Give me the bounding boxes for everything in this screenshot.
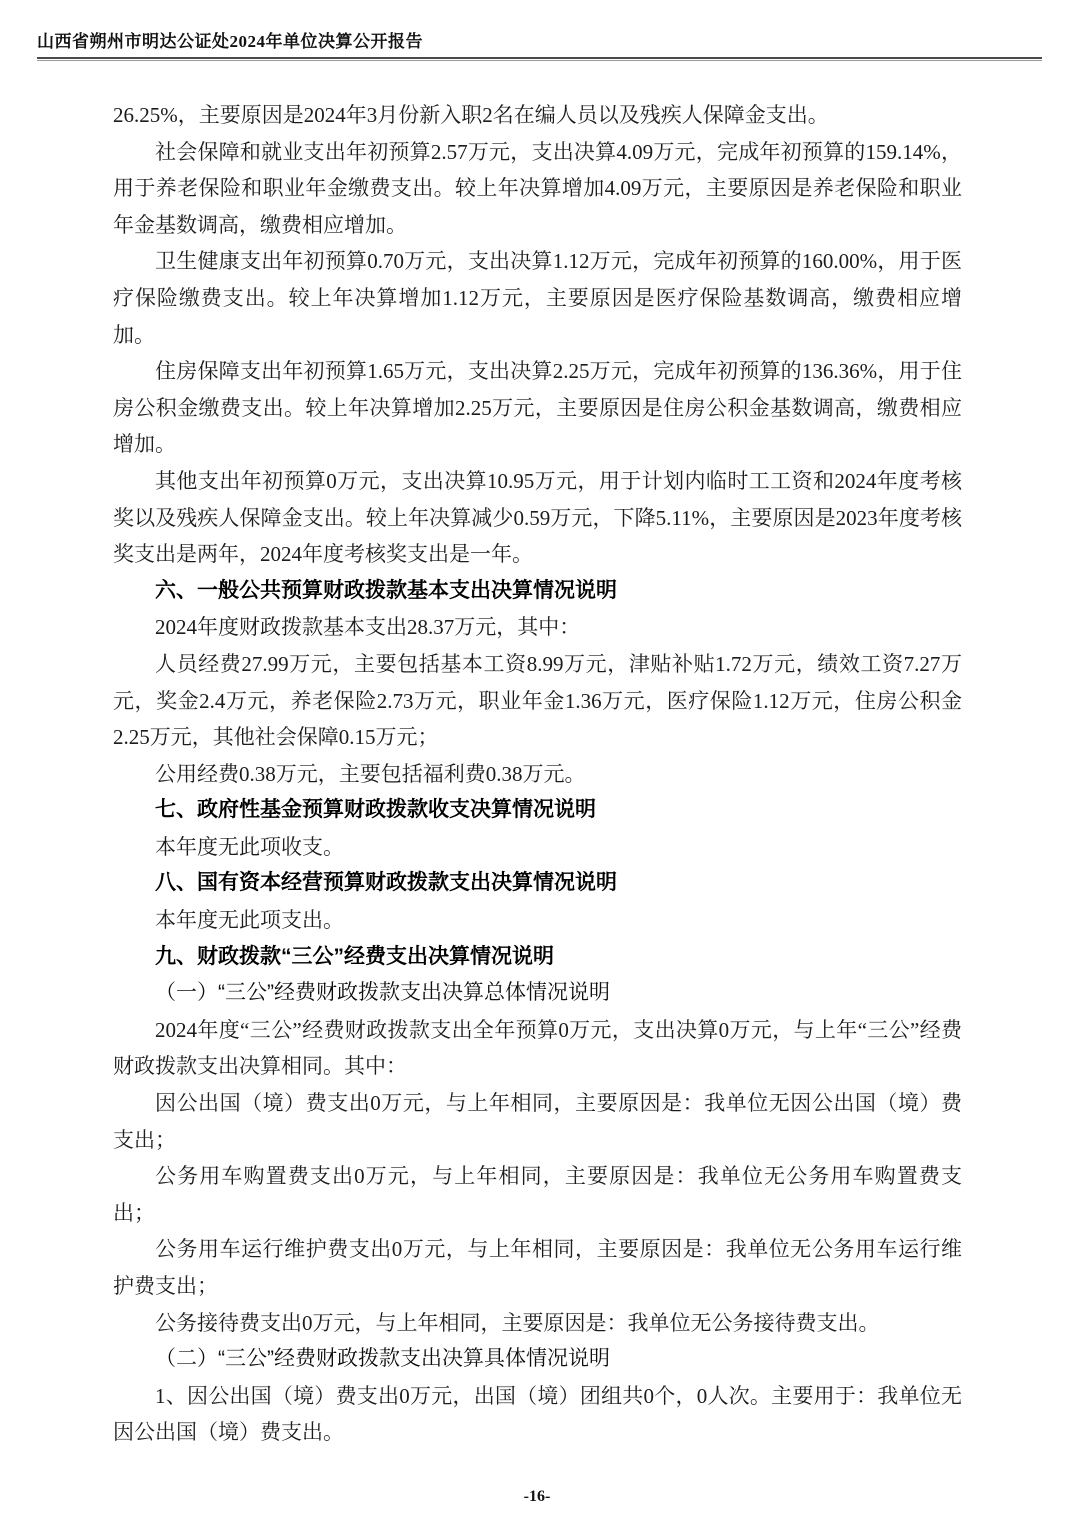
section-heading: 七、政府性基金预算财政拨款收支决算情况说明 (113, 792, 962, 829)
paragraph: 26.25%，主要原因是2024年3月份新入职2名在编人员以及残疾人保障金支出。 (113, 97, 962, 134)
section-heading: 九、财政拨款“三公”经费支出决算情况说明 (113, 939, 962, 976)
paragraph: 人员经费27.99万元，主要包括基本工资8.99万元，津贴补贴1.72万元，绩效… (113, 646, 962, 756)
paragraph: 公务接待费支出0万元，与上年相同，主要原因是：我单位无公务接待费支出。 (113, 1305, 962, 1342)
paragraph: 2024年度财政拨款基本支出28.37万元，其中： (113, 609, 962, 646)
paragraph: 卫生健康支出年初预算0.70万元，支出决算1.12万元，完成年初预算的160.0… (113, 243, 962, 353)
paragraph: 2024年度“三公”经费财政拨款支出全年预算0万元，支出决算0万元，与上年“三公… (113, 1012, 962, 1085)
paragraph: 公用经费0.38万元，主要包括福利费0.38万元。 (113, 756, 962, 793)
document-page: 山西省朔州市明达公证处2024年单位决算公开报告 26.25%，主要原因是202… (0, 0, 1074, 1520)
section-heading: （二）“三公”经费财政拨款支出决算具体情况说明 (113, 1341, 962, 1378)
paragraph: 本年度无此项收支。 (113, 829, 962, 866)
section-heading: 八、国有资本经营预算财政拨款支出决算情况说明 (113, 865, 962, 902)
document-body: 26.25%，主要原因是2024年3月份新入职2名在编人员以及残疾人保障金支出。… (113, 97, 962, 1451)
paragraph: 1、因公出国（境）费支出0万元，出国（境）团组共0个，0人次。主要用于：我单位无… (113, 1378, 962, 1451)
section-heading: （一）“三公”经费财政拨款支出决算总体情况说明 (113, 975, 962, 1012)
paragraph: 公务用车购置费支出0万元，与上年相同，主要原因是：我单位无公务用车购置费支出； (113, 1158, 962, 1231)
document-title: 山西省朔州市明达公证处2024年单位决算公开报告 (37, 27, 1042, 52)
paragraph: 其他支出年初预算0万元，支出决算10.95万元，用于计划内临时工工资和2024年… (113, 463, 962, 573)
paragraph: 社会保障和就业支出年初预算2.57万元，支出决算4.09万元，完成年初预算的15… (113, 134, 962, 244)
paragraph: 住房保障支出年初预算1.65万元，支出决算2.25万元，完成年初预算的136.3… (113, 353, 962, 463)
page-number: -16- (524, 1488, 551, 1505)
paragraph: 本年度无此项支出。 (113, 902, 962, 939)
header-rule-divider (37, 57, 1042, 61)
page-header: 山西省朔州市明达公证处2024年单位决算公开报告 (37, 27, 1042, 61)
page-footer: -16- (0, 1488, 1074, 1506)
paragraph: 因公出国（境）费支出0万元，与上年相同，主要原因是：我单位无因公出国（境）费支出… (113, 1085, 962, 1158)
section-heading: 六、一般公共预算财政拨款基本支出决算情况说明 (113, 573, 962, 610)
paragraph: 公务用车运行维护费支出0万元，与上年相同，主要原因是：我单位无公务用车运行维护费… (113, 1231, 962, 1304)
